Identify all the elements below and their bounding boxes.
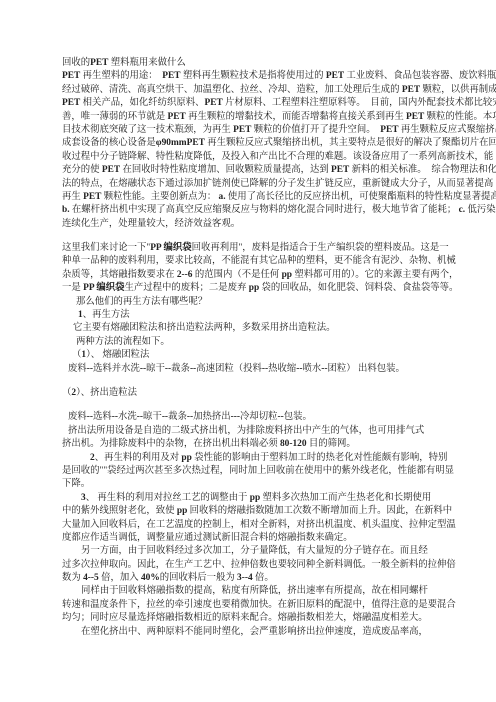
text-line: PET 再生塑料的用途： PET 塑料再生颗粒技术是指将使用过的 PET 工业废… xyxy=(62,70,438,83)
text-line: 另一方面，由于回收料经过多次加工，分子量降低，有大量短的分子链存在。而且经 xyxy=(62,545,438,558)
latin-text: 2--6 xyxy=(177,270,193,280)
text-line: 经过破碎、清洗、高真空烘干、加温塑化、拉丝、冷却、造粒，加工处理后生成的 PET… xyxy=(62,84,438,97)
text-line: 这里我们来讨论一下"PP 编织袋回收再利用"，废料是指适合于生产编织袋的塑料废品… xyxy=(62,242,438,255)
text-line: 大量加入回收料后，在工艺温度的控制上，相对全新料，对挤出机温度、机头温度、拉伸定… xyxy=(62,519,438,532)
text-line: 中的紫外线照射老化，致使 pp 回收料的熔融指数随加工次数不断增加而上升。因此，… xyxy=(62,505,438,518)
text-line: 杂质等，其熔融指数要求在 2--6 的范围内（不是任何 pp 塑料都可用的）。它… xyxy=(62,269,438,282)
latin-text: PET xyxy=(83,192,101,202)
latin-text: -- xyxy=(187,412,193,422)
latin-text: -- xyxy=(112,412,118,422)
latin-text: PET xyxy=(233,125,251,135)
latin-text: PET xyxy=(102,165,120,175)
text-line: 一是 PP 编织袋生产过程中的废料；二是废弃 pp 袋的回收品，如化肥袋、饲料袋… xyxy=(62,282,438,295)
text-line: 善，唯一薄弱的环节就是 PET 再生颗粒的增黏技术，而能否增黏将直接关系到再生 … xyxy=(62,111,438,124)
bold-phrase: PP 编织袋 xyxy=(150,243,191,253)
latin-text: PET xyxy=(204,98,222,108)
latin-text: pp xyxy=(282,270,292,280)
latin-text: pp xyxy=(250,493,260,503)
text-line: 是回收的""袋经过两次甚至多次热过程，同时加上回收前在使用中的紫外线老化，性能都… xyxy=(62,465,438,478)
text-line: 连续化生产，处理量较大，经济效益客观。 xyxy=(62,218,438,231)
latin-text: 2 xyxy=(90,453,95,463)
latin-text: 1 xyxy=(81,350,86,360)
text-line: 成套设备的核心设备是φ90mmPET 再生颗粒反应式聚缩挤出机，其主要特点是很好… xyxy=(62,137,438,150)
latin-text: φ90mmPET xyxy=(156,138,205,148)
text-line: 目技术彻底突破了这一技术瓶颈，为再生 PET 颗粒的价值打开了提升空间。 PET… xyxy=(62,124,438,137)
text-line: （1）、 熔融团粒法 xyxy=(62,349,438,362)
latin-text: PET xyxy=(62,98,80,108)
text-line: 2、再生料的利用及对 pp 袋性能的影响由于塑料加工时的热老化对性能颇有影响，特… xyxy=(62,452,438,465)
text-line: 废料--选料并水洗--晾干--裁条--高速团粒（投料--热收缩--喷水--团粒）… xyxy=(62,363,438,376)
latin-text: -- xyxy=(296,364,302,374)
text-line: 1、再生方法 xyxy=(62,309,438,322)
text-line: （2）、挤出造粒法 xyxy=(62,387,438,400)
text-line: 法的特点，在熔融状态下通过添加扩链剂使已降解的分子发生扩链反应，重新键成大分子，… xyxy=(62,178,438,191)
text-line: 回收的PET 塑料瓶用来做什么 xyxy=(62,57,438,70)
text-line: PET 相关产品，如化纤纺织原料、PET 片材原料、工程塑料注塑原料等。 目前，… xyxy=(62,97,438,110)
latin-text: PET xyxy=(167,112,185,122)
text-line: 均匀；同时应尽量选择熔融指数相近的原料来配合。熔融指数相差大，熔融温度相差大。 xyxy=(62,612,438,625)
latin-text: pp xyxy=(181,453,191,463)
latin-text: 4--5 xyxy=(83,573,99,583)
latin-text: 2 xyxy=(71,388,76,398)
text-line: 同样由于回收料熔融指数的提高，粘度有所降低，挤出速率有所提高，故在相同螺杆 xyxy=(62,585,438,598)
latin-text: pp xyxy=(249,283,259,293)
text-line: 挤出机。为排除废料中的杂物，在挤出机出料端必须 80-120 目的筛网。 xyxy=(62,438,438,451)
latin-text: -- xyxy=(165,364,171,374)
text-line: b. 在螺杆挤出机中实现了高真空反应缩聚反应与物料的熔化混合同时进行，极大地节省… xyxy=(62,204,438,217)
text-line: 挤出法所用设备是自造的二级式挤出机，为排除废料挤出中产生的气体，也可用排气式 xyxy=(62,425,438,438)
blank-line xyxy=(62,376,438,387)
latin-text: PET xyxy=(380,125,398,135)
text-line: 过多次拉伸取向。因此，在生产工艺中、拉伸倍数也要较同种全新料调低。一般全新料的拉… xyxy=(62,559,438,572)
latin-text: 3--4 xyxy=(237,573,253,583)
text-line: 3、 再生料的利用对拉丝工艺的调整由于 pp 塑料多次热加工而产生热老化和长期使… xyxy=(62,492,438,505)
text-line: 收过程中分子链降解、特性粘度降低，及投入和产出比不合理的难题。该设备应用了一系列… xyxy=(62,151,438,164)
text-line: 两种方法的流程如下。 xyxy=(62,336,438,349)
latin-text: 3 xyxy=(81,493,86,503)
text-line: 废料--选料--水洗--晾干--裁条--加热挤出---冷却切粒--包装。 xyxy=(62,411,438,424)
latin-text: PET xyxy=(331,165,349,175)
latin-text: -- xyxy=(162,412,168,422)
latin-text: b. xyxy=(62,205,70,215)
bold-phrase: PP 编织袋 xyxy=(83,283,124,293)
blank-line xyxy=(62,231,438,242)
text-line: 在塑化挤出中、两种原料不能同时塑化，会严重影响挤出拉伸速度，造成废品率高， xyxy=(62,626,438,639)
text-line: 那么他们的再生方法有哪些呢？ xyxy=(62,296,438,309)
latin-text: PET xyxy=(406,112,424,122)
document-body: 回收的PET 塑料瓶用来做什么PET 再生塑料的用途： PET 塑料再生颗粒技术… xyxy=(62,57,438,639)
latin-text: 80-120 xyxy=(280,439,307,449)
latin-text: -- xyxy=(321,364,327,374)
latin-text: -- xyxy=(137,412,143,422)
text-line: 种单一品种的废料利用，要求比较高，不能混有其它品种的塑料，更不能含有泥沙、杂物、… xyxy=(62,255,438,268)
latin-text: -- xyxy=(87,364,93,374)
latin-text: PET xyxy=(402,85,420,95)
latin-text: --- xyxy=(231,412,240,422)
latin-text: PET xyxy=(90,58,108,68)
latin-text: -- xyxy=(262,364,268,374)
text-line: 数为 4--5 倍，加入 40%的回收料后一般为 3--4 倍。 xyxy=(62,572,438,585)
text-line: 它主要有熔融团粒法和挤出造粒法两种，多数采用挤出造粒法。 xyxy=(62,322,438,335)
text-line: 下降。 xyxy=(62,478,438,491)
latin-text: PET xyxy=(326,71,344,81)
text-line: 再生 PET 颗粒性能。主要创新点为： a. 使用了高长径比的反应挤出机，可使聚… xyxy=(62,191,438,204)
blank-line xyxy=(62,400,438,411)
latin-text: pp xyxy=(177,506,187,516)
text-line: 转速和温度条件下，拉丝的牵引速度也要稍微加快。在新旧原料的配混中，值得注意的是要… xyxy=(62,599,438,612)
latin-text: 1 xyxy=(78,310,83,320)
latin-text: PET xyxy=(162,71,180,81)
text-line: 充分的使 PET 在回收时特性粘度增加、回收颗粒质量提高，达到 PET 新料的相… xyxy=(62,164,438,177)
document-page: 回收的PET 塑料瓶用来做什么PET 再生塑料的用途： PET 塑料再生颗粒技术… xyxy=(0,0,496,702)
latin-text: 40% xyxy=(141,573,160,583)
text-line: 度都应作适当调低，调整量应通过测试新旧混合料的熔融指数来确定。 xyxy=(62,532,438,545)
latin-text: -- xyxy=(87,412,93,422)
latin-text: c. xyxy=(459,205,466,215)
latin-text: a. xyxy=(219,192,226,202)
latin-text: -- xyxy=(277,412,283,422)
latin-text: -- xyxy=(140,364,146,374)
latin-text: PET xyxy=(62,71,80,81)
latin-text: -- xyxy=(190,364,196,374)
